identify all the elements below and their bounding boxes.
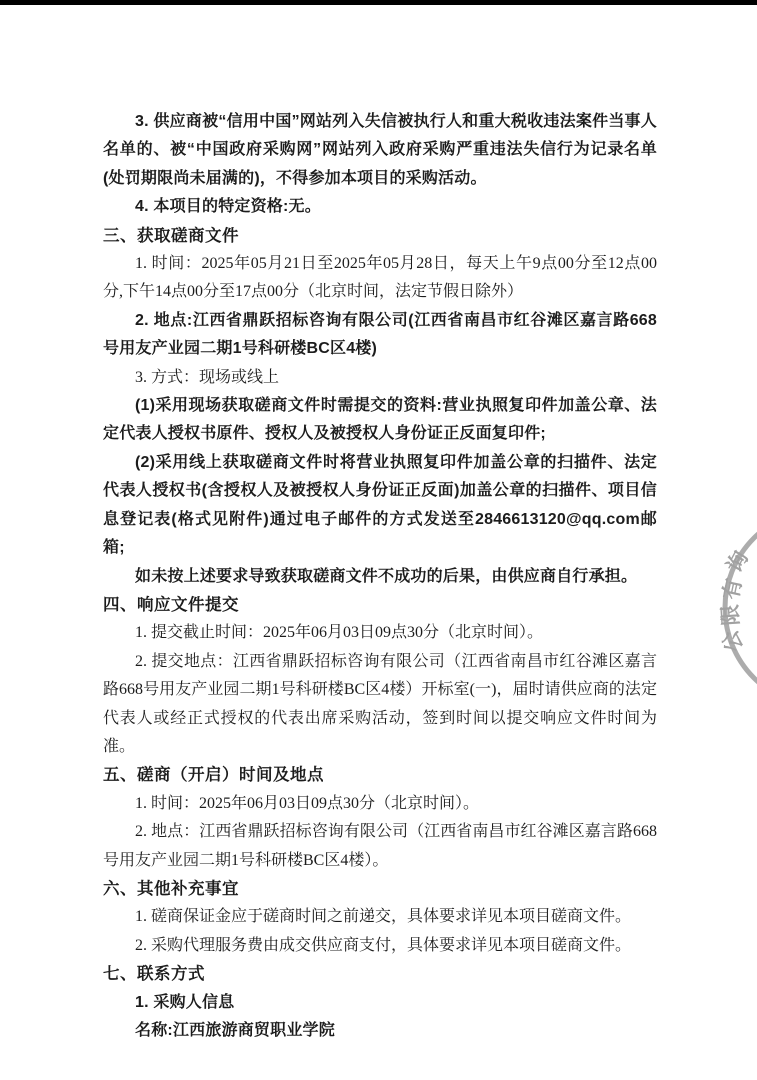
section-heading: 五、磋商（开启）时间及地点 <box>103 761 657 789</box>
seal-character: 询 <box>723 547 753 576</box>
paragraph: 2. 提交地点：江西省鼎跃招标咨询有限公司（江西省南昌市红谷滩区嘉言路668号用… <box>103 648 657 762</box>
section-heading: 三、获取磋商文件 <box>103 222 657 250</box>
seal-ring-arc <box>725 520 757 685</box>
paragraph: 如未按上述要求导致获取磋商文件不成功的后果，由供应商自行承担。 <box>103 563 657 591</box>
document-body: 3. 供应商被“信用中国”网站列入失信被执行人和重大税收违法案件当事人名单的、被… <box>103 108 657 1045</box>
paragraph: (2)采用线上获取磋商文件时将营业执照复印件加盖公章的扫描件、法定代表人授权书(… <box>103 449 657 563</box>
paragraph: 名称:江西旅游商贸职业学院 <box>103 1017 657 1045</box>
section-heading: 六、其他补充事宜 <box>103 875 657 903</box>
paragraph: 1. 时间：2025年06月03日09点30分（北京时间）。 <box>103 790 657 818</box>
paragraph: 2. 地点：江西省鼎跃招标咨询有限公司（江西省南昌市红谷滩区嘉言路668号用友产… <box>103 818 657 875</box>
section-heading: 四、响应文件提交 <box>103 591 657 619</box>
paragraph: 1. 时间：2025年05月21日至2025年05月28日，每天上午9点00分至… <box>103 250 657 307</box>
partial-seal-stamp: 询 有 限 公 <box>719 520 757 685</box>
paragraph: (1)采用现场获取磋商文件时需提交的资料:营业执照复印件加盖公章、法定代表人授权… <box>103 392 657 449</box>
paragraph: 1. 提交截止时间：2025年06月03日09点30分（北京时间）。 <box>103 619 657 647</box>
section-heading: 七、联系方式 <box>103 960 657 988</box>
document-page: 3. 供应商被“信用中国”网站列入失信被执行人和重大税收违法案件当事人名单的、被… <box>0 0 757 1080</box>
paragraph: 4. 本项目的特定资格:无。 <box>103 193 657 221</box>
paragraph: 1. 磋商保证金应于磋商时间之前递交，具体要求详见本项目磋商文件。 <box>103 903 657 931</box>
seal-character: 有 <box>719 576 746 602</box>
paragraph: 2. 采购代理服务费由成交供应商支付，具体要求详见本项目磋商文件。 <box>103 932 657 960</box>
seal-character: 限 <box>719 604 743 627</box>
paragraph: 3. 方式：现场或线上 <box>103 364 657 392</box>
paragraph: 3. 供应商被“信用中国”网站列入失信被执行人和重大税收违法案件当事人名单的、被… <box>103 108 657 193</box>
seal-character: 公 <box>719 627 747 655</box>
paragraph: 1. 采购人信息 <box>103 989 657 1017</box>
scan-edge-artifact <box>0 0 757 5</box>
paragraph: 2. 地点:江西省鼎跃招标咨询有限公司(江西省南昌市红谷滩区嘉言路668号用友产… <box>103 307 657 364</box>
